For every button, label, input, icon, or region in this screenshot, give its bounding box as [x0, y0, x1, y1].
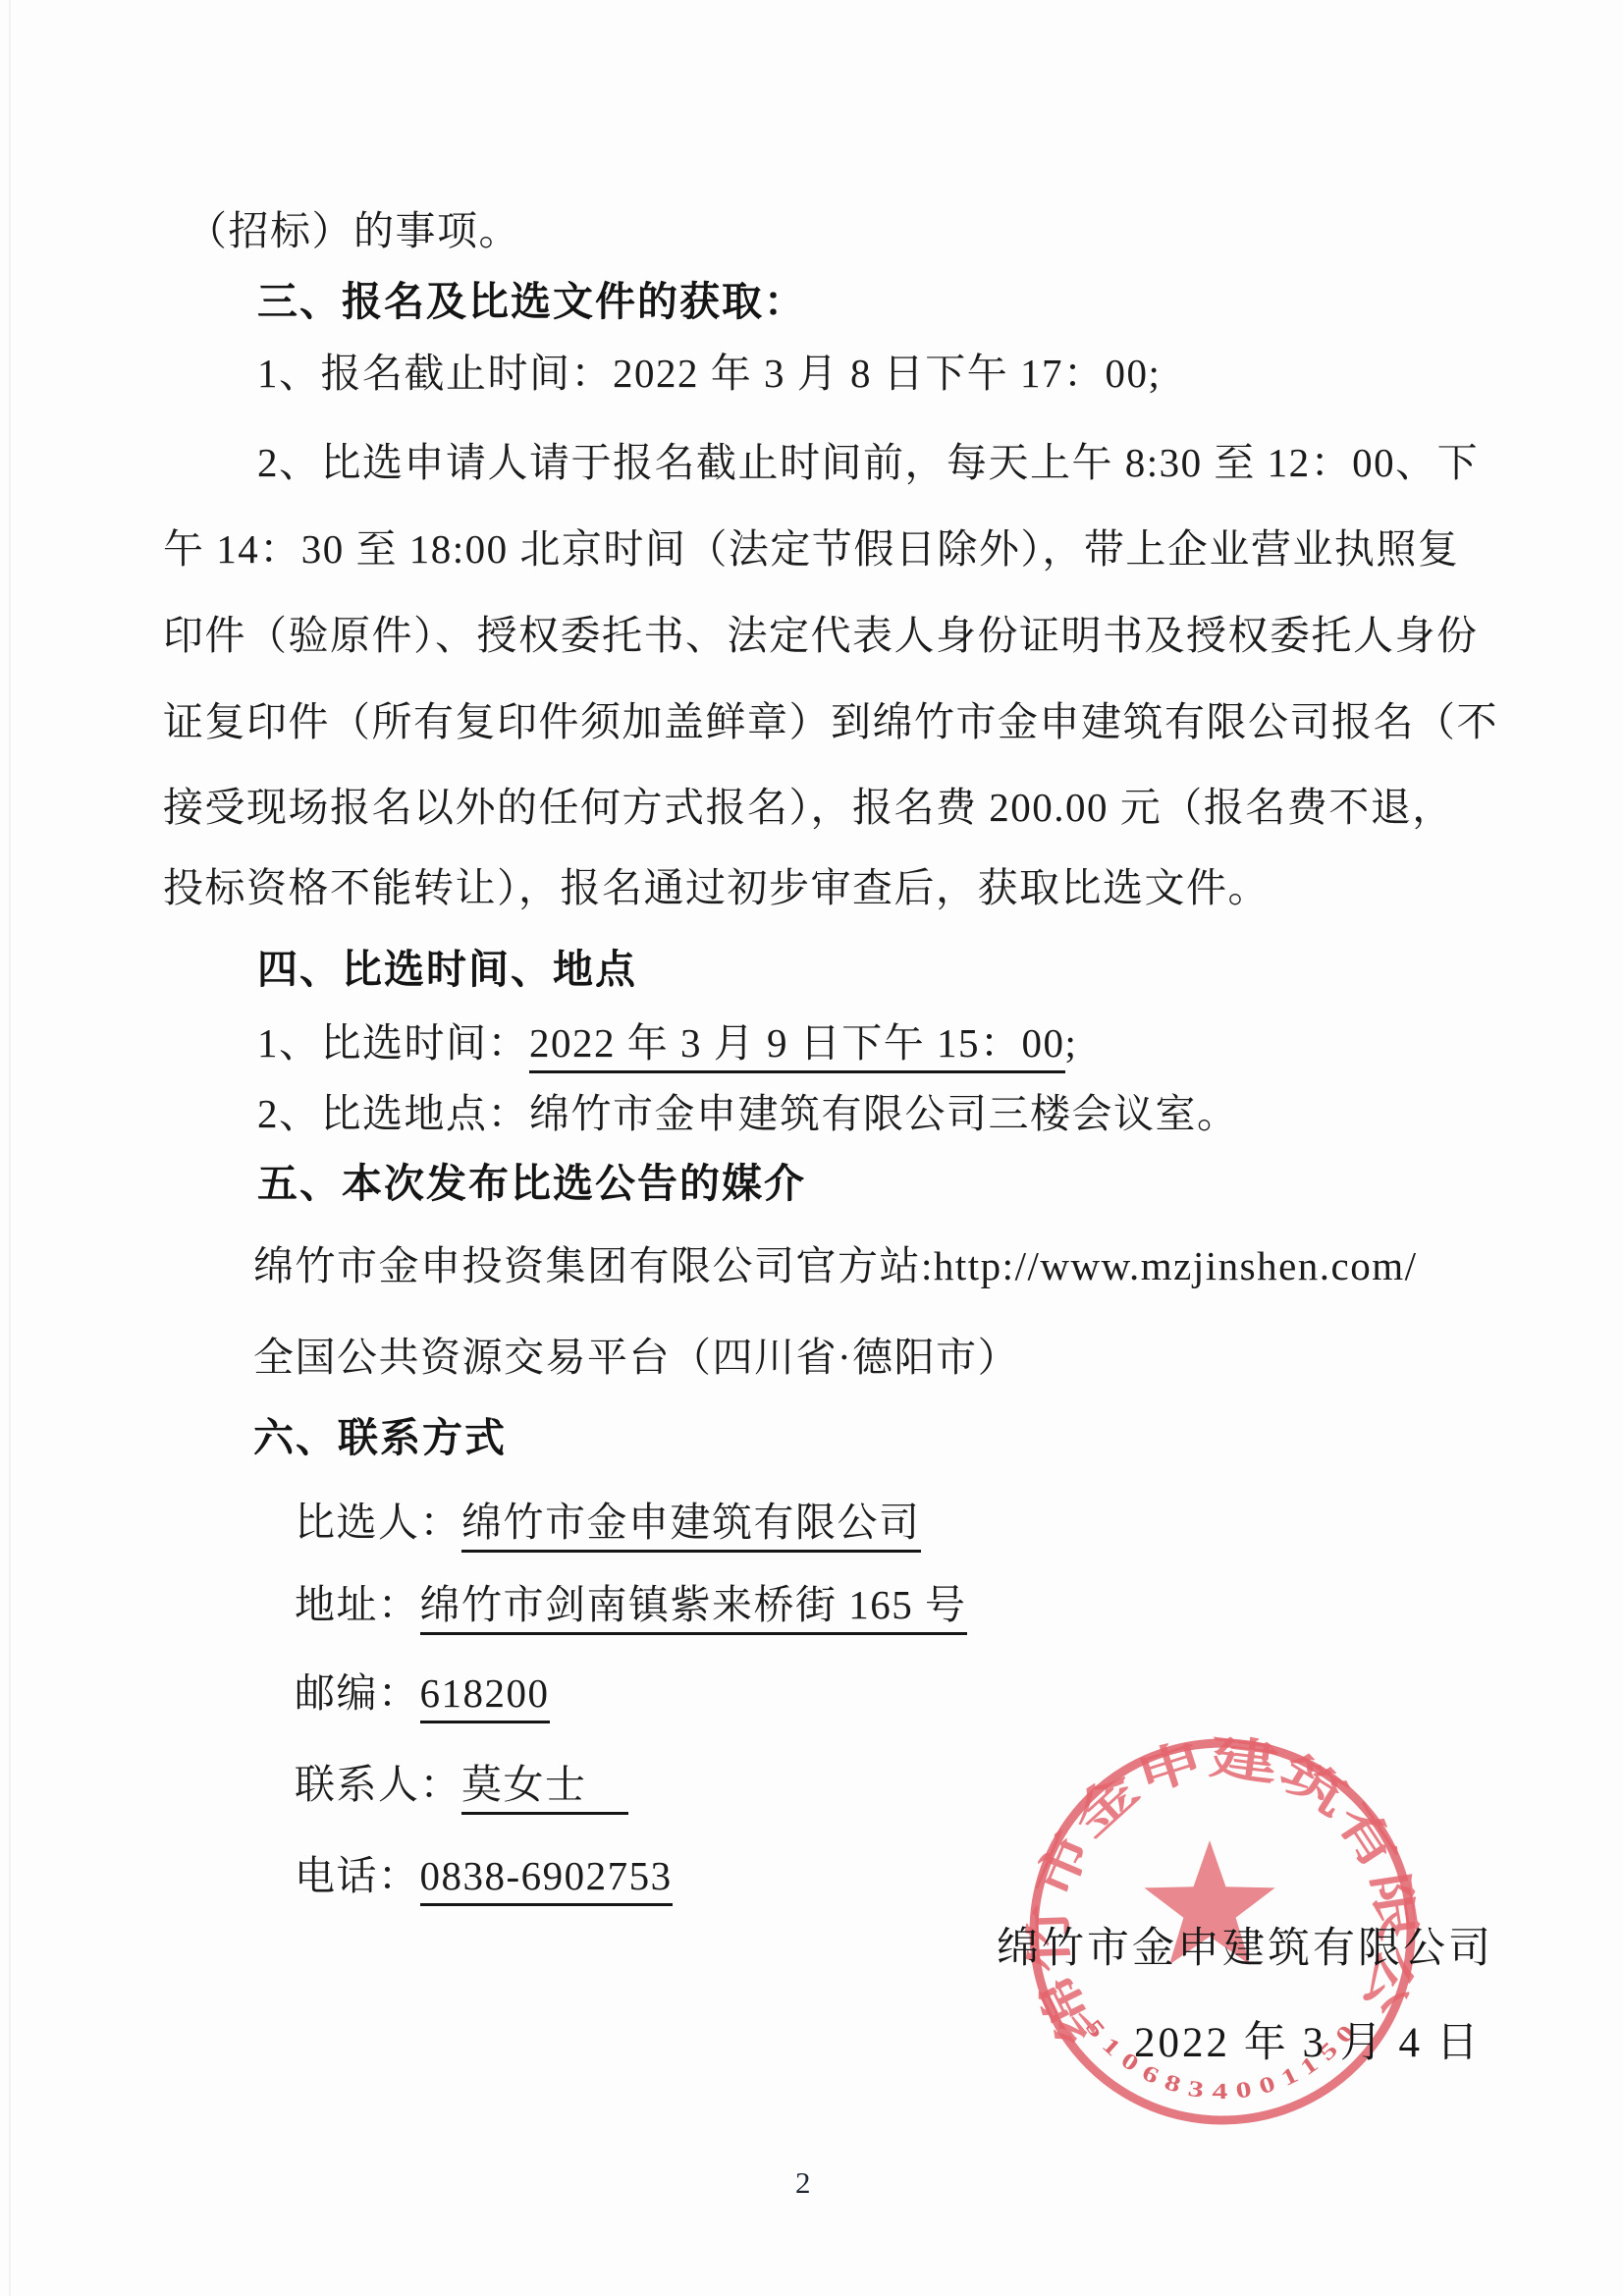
underlined-text-segment: 绵竹市金申建筑有限公司 — [461, 1500, 921, 1553]
text-segment: 午 14：30 至 18:00 北京时间（法定节假日除外），带上企业营业执照复 — [163, 526, 1459, 572]
scan-artifact-line — [9, 0, 11, 2296]
text-segment: 四、比选时间、地点 — [257, 947, 637, 992]
underlined-text-segment: 莫女士 — [461, 1762, 628, 1815]
text-segment: 五、本次发布比选公告的媒介 — [257, 1161, 806, 1206]
text-segment: 投标资格不能转让），报名通过初步审查后，获取比选文件。 — [163, 865, 1270, 910]
text-segment: 1、报名截止时间：2022 年 3 月 8 日下午 17：00; — [257, 351, 1161, 396]
text-line: 绵竹市金申投资集团有限公司官方站:http://www.mzjinshen.co… — [253, 1242, 1418, 1290]
section-heading: 五、本次发布比选公告的媒介 — [257, 1160, 806, 1208]
text-segment: 六、联系方式 — [253, 1415, 507, 1460]
text-segment: ; — [1065, 1020, 1078, 1066]
text-line: 午 14：30 至 18:00 北京时间（法定节假日除外），带上企业营业执照复 — [163, 525, 1459, 574]
section-heading: 六、联系方式 — [253, 1414, 507, 1462]
underlined-text-segment: 绵竹市剑南镇紫来桥街 165 号 — [420, 1582, 967, 1635]
text-segment: 比选人： — [295, 1500, 461, 1545]
text-segment: （招标）的事项。 — [187, 208, 520, 253]
text-segment: 1、比选时间： — [257, 1020, 529, 1066]
section-heading: 四、比选时间、地点 — [257, 946, 637, 994]
text-segment: 2、比选地点：绵竹市金申建筑有限公司三楼会议室。 — [257, 1091, 1239, 1136]
text-line: 1、比选时间：2022 年 3 月 9 日下午 15：00; — [257, 1019, 1077, 1067]
text-segment: 联系人： — [295, 1762, 461, 1807]
text-line: 联系人：莫女士 — [295, 1761, 628, 1809]
document-page: （招标）的事项。三、报名及比选文件的获取：1、报名截止时间：2022 年 3 月… — [0, 0, 1623, 2296]
text-line: 邮编：618200 — [295, 1669, 550, 1718]
section-heading: 三、报名及比选文件的获取： — [257, 278, 806, 326]
page-number: 2 — [795, 2165, 811, 2201]
text-line: （招标）的事项。 — [187, 207, 520, 255]
text-segment: 证复印件（所有复印件须加盖鲜章）到绵竹市金申建筑有限公司报名（不 — [163, 699, 1498, 744]
signature-date: 2022 年 3 月 4 日 — [1134, 2009, 1482, 2069]
text-line: 比选人：绵竹市金申建筑有限公司 — [295, 1499, 921, 1547]
text-segment: 绵竹市金申投资集团有限公司官方站:http://www.mzjinshen.co… — [253, 1243, 1418, 1288]
text-segment: 邮编： — [295, 1670, 420, 1716]
text-line: 2、比选地点：绵竹市金申建筑有限公司三楼会议室。 — [257, 1090, 1239, 1138]
signature-company: 绵竹市金申建筑有限公司 — [997, 1915, 1493, 1975]
text-line: 1、报名截止时间：2022 年 3 月 8 日下午 17：00; — [257, 350, 1161, 398]
text-line: 证复印件（所有复印件须加盖鲜章）到绵竹市金申建筑有限公司报名（不 — [163, 698, 1498, 746]
underlined-text-segment: 618200 — [420, 1670, 550, 1723]
text-line: 印件（验原件）、授权委托书、法定代表人身份证明书及授权委托人身份 — [163, 612, 1479, 660]
text-line: 接受现场报名以外的任何方式报名），报名费 200.00 元（报名费不退， — [163, 784, 1454, 832]
text-line: 电话：0838-6902753 — [295, 1852, 673, 1900]
text-segment: 电话： — [295, 1853, 420, 1898]
text-segment: 三、报名及比选文件的获取： — [257, 279, 806, 324]
text-segment: 全国公共资源交易平台（四川省·德阳市） — [253, 1335, 1019, 1380]
text-segment: 地址： — [295, 1582, 420, 1627]
text-segment: 印件（验原件）、授权委托书、法定代表人身份证明书及授权委托人身份 — [163, 613, 1479, 658]
text-line: 地址：绵竹市剑南镇紫来桥街 165 号 — [295, 1581, 967, 1629]
text-segment: 2、比选申请人请于报名截止时间前，每天上午 8:30 至 12：00、下 — [257, 440, 1479, 485]
text-line: 投标资格不能转让），报名通过初步审查后，获取比选文件。 — [163, 864, 1270, 912]
underlined-text-segment: 0838-6902753 — [420, 1853, 673, 1906]
underlined-text-segment: 2022 年 3 月 9 日下午 15：00 — [529, 1020, 1065, 1073]
text-segment: 接受现场报名以外的任何方式报名），报名费 200.00 元（报名费不退， — [163, 785, 1454, 830]
text-line: 2、比选申请人请于报名截止时间前，每天上午 8:30 至 12：00、下 — [257, 439, 1479, 487]
text-line: 全国公共资源交易平台（四川省·德阳市） — [253, 1334, 1019, 1382]
